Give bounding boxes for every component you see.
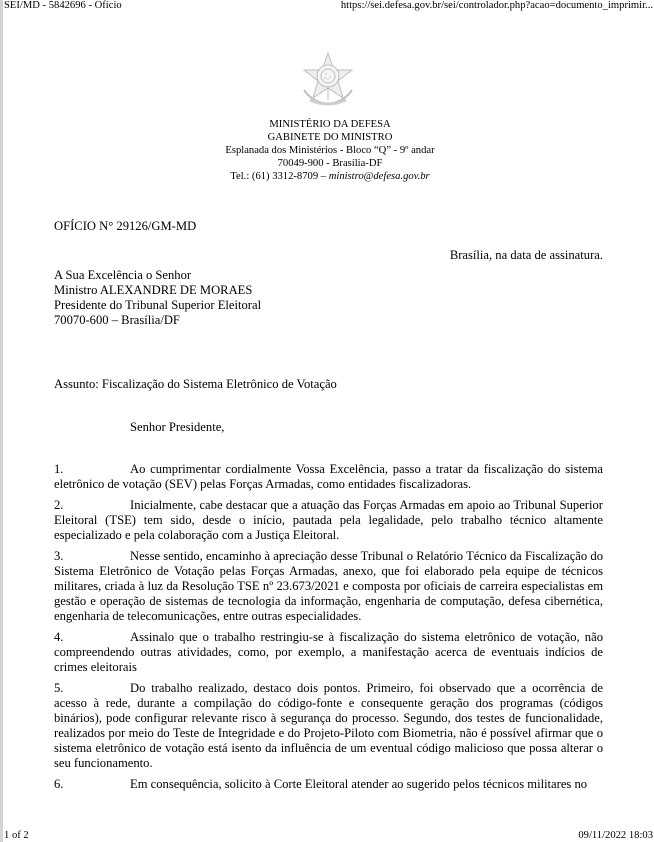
print-footer: 1 of 2 09/11/2022 18:03 — [4, 830, 654, 842]
paragraph: 2.Inicialmente, cabe destacar que a atua… — [54, 498, 603, 543]
recipient-line: A Sua Excelência o Senhor — [54, 268, 261, 283]
paragraph-text: Ao cumprimentar cordialmente Vossa Excel… — [54, 462, 603, 491]
letterhead: MINISTÉRIO DA DEFESA GABINETE DO MINISTR… — [150, 118, 510, 183]
paragraph-text: Nesse sentido, encaminho à apreciação de… — [54, 549, 603, 623]
email-link[interactable]: ministro@defesa.gov.br — [329, 171, 430, 182]
salutation: Senhor Presidente, — [130, 420, 224, 435]
place-date: Brasília, na data de assinatura. — [450, 248, 603, 263]
document-number: OFÍCIO N° 29126/GM-MD — [54, 219, 196, 234]
paragraph-number: 2. — [54, 498, 130, 513]
paragraph-text: Em consequência, solicito à Corte Eleito… — [130, 777, 587, 791]
paragraph: 3.Nesse sentido, encaminho à apreciação … — [54, 549, 603, 624]
paragraph-text: Inicialmente, cabe destacar que a atuaçã… — [54, 498, 603, 542]
brazil-coat-of-arms-icon — [298, 50, 358, 110]
phone: Tel.: (61) 3312-8709 – — [230, 171, 328, 182]
paragraph-text: Assinalo que o trabalho restringiu-se à … — [54, 630, 603, 674]
paragraph-number: 4. — [54, 630, 130, 645]
page-indicator: 1 of 2 — [4, 830, 29, 842]
contact-line: Tel.: (61) 3312-8709 – ministro@defesa.g… — [150, 170, 510, 183]
recipient-line: 70070-600 – Brasília/DF — [54, 313, 261, 328]
paragraph-number: 5. — [54, 681, 130, 696]
recipient-line: Presidente do Tribunal Superior Eleitora… — [54, 298, 261, 313]
paragraph: 4.Assinalo que o trabalho restringiu-se … — [54, 630, 603, 675]
paragraph: 6.Em consequência, solicito à Corte Elei… — [54, 777, 603, 792]
subject-line: Assunto: Fiscalização do Sistema Eletrôn… — [54, 377, 337, 392]
letter-body: 1.Ao cumprimentar cordialmente Vossa Exc… — [54, 462, 603, 798]
paragraph: 5.Do trabalho realizado, destaco dois po… — [54, 681, 603, 771]
print-header: SEI/MD - 5842696 - Ofício https://sei.de… — [4, 0, 654, 12]
postal-code: 70049-900 - Brasília-DF — [150, 157, 510, 170]
recipient-line: Ministro ALEXANDRE DE MORAES — [54, 283, 261, 298]
paragraph-number: 1. — [54, 462, 130, 477]
paragraph: 1.Ao cumprimentar cordialmente Vossa Exc… — [54, 462, 603, 492]
print-datetime: 09/11/2022 18:03 — [578, 830, 653, 842]
ministry-name: MINISTÉRIO DA DEFESA — [150, 118, 510, 131]
paragraph-text: Do trabalho realizado, destaco dois pont… — [54, 681, 603, 770]
print-title: SEI/MD - 5842696 - Ofício — [4, 0, 122, 12]
print-url: https://sei.defesa.gov.br/sei/controlado… — [341, 0, 653, 12]
paragraph-number: 6. — [54, 777, 130, 792]
paragraph-number: 3. — [54, 549, 130, 564]
address: Esplanada dos Ministérios - Bloco “Q” - … — [150, 144, 510, 157]
office-name: GABINETE DO MINISTRO — [150, 131, 510, 144]
page-left-border — [0, 0, 3, 842]
recipient-block: A Sua Excelência o Senhor Ministro ALEXA… — [54, 268, 261, 328]
